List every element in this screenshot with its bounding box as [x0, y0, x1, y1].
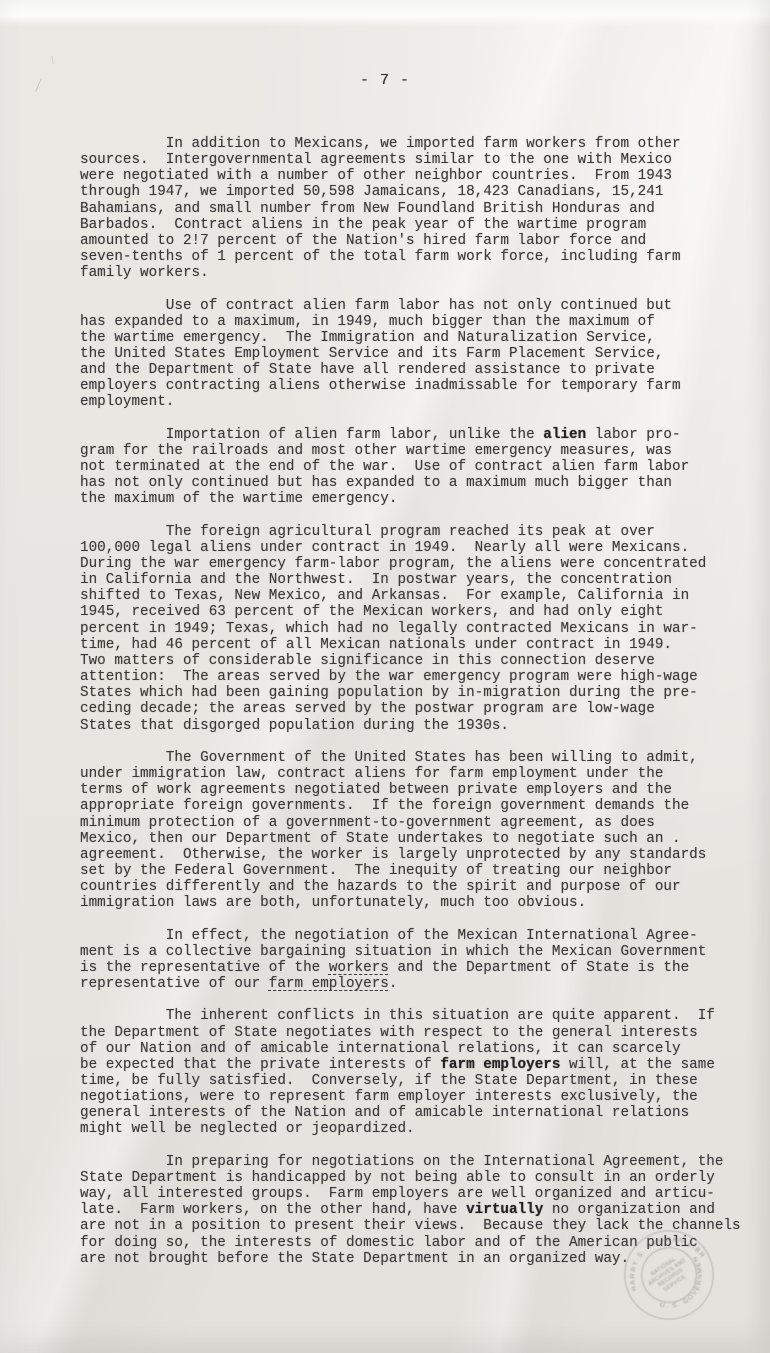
text-line: immigration laws are both, unfortunately… [80, 895, 740, 911]
text-run: family workers. [80, 265, 209, 281]
text-line: might well be neglected or jeopardized. [80, 1121, 740, 1137]
text-line: general interests of the Nation and of a… [80, 1105, 740, 1121]
text-run: employers contracting aliens otherwise i… [80, 378, 681, 394]
text-line: the maximum of the wartime emergency. [80, 491, 740, 507]
paragraph: In effect, the negotiation of the Mexica… [80, 928, 740, 993]
text-run: not terminated at the end of the war. Us… [80, 459, 689, 475]
text-line: countries differently and the hazards to… [80, 879, 740, 895]
text-line: employment. [80, 394, 740, 410]
text-run: The inherent conflicts in this situation… [80, 1008, 715, 1024]
text-run: amounted to 2!7 percent of the Nation's … [80, 233, 646, 249]
text-line: seven-tenths of 1 percent of the total f… [80, 249, 740, 265]
text-line: States that disgorged population during … [80, 718, 740, 734]
text-run: Mexico, then our Department of State und… [80, 831, 681, 847]
text-run: . [389, 976, 398, 992]
text-line: During the war emergency farm-labor prog… [80, 556, 740, 572]
text-run: terms of work agreements negotiated betw… [80, 782, 672, 798]
pencil-mark [51, 56, 53, 64]
text-run: Barbados. Contract aliens in the peak ye… [80, 217, 646, 233]
text-line: late. Farm workers, on the other hand, h… [80, 1202, 740, 1218]
text-run: Two matters of considerable significance… [80, 653, 655, 669]
text-line: In effect, the negotiation of the Mexica… [80, 928, 740, 944]
text-run: countries differently and the hazards to… [80, 879, 681, 895]
document-body: In addition to Mexicans, we imported far… [80, 136, 740, 1283]
text-run: are not in a position to present their v… [80, 1218, 741, 1234]
text-line: Mexico, then our Department of State und… [80, 831, 740, 847]
text-run: ment is a collective bargaining situatio… [80, 944, 706, 960]
text-line: negotiations, were to represent farm emp… [80, 1089, 740, 1105]
text-run: will, at the same [560, 1057, 714, 1073]
text-line: and the Department of State have all ren… [80, 362, 740, 378]
text-line: 100,000 legal aliens under contract in 1… [80, 540, 740, 556]
text-run: the wartime emergency. The Immigration a… [80, 330, 655, 346]
text-run: has expanded to a maximum, in 1949, much… [80, 314, 655, 330]
paragraph: In addition to Mexicans, we imported far… [80, 136, 740, 281]
text-line: not terminated at the end of the war. Us… [80, 459, 740, 475]
text-run: minimum protection of a government-to-go… [80, 815, 655, 831]
text-run: 1945, received 63 percent of the Mexican… [80, 604, 663, 620]
underlined-text: workers [329, 960, 389, 976]
text-line: is the representative of the workers and… [80, 960, 740, 976]
text-run: might well be neglected or jeopardized. [80, 1121, 415, 1137]
text-line: time, had 46 percent of all Mexican nati… [80, 637, 740, 653]
text-run: agreement. Otherwise, the worker is larg… [80, 847, 706, 863]
text-run: In addition to Mexicans, we imported far… [80, 136, 681, 152]
text-run: The foreign agricultural program reached… [80, 524, 655, 540]
text-run: is the representative of the [80, 960, 329, 976]
text-line: be expected that the private interests o… [80, 1057, 740, 1073]
text-run: and the Department of State is the [389, 960, 689, 976]
page-number: - 7 - [0, 72, 770, 89]
text-line: the Department of State negotiates with … [80, 1025, 740, 1041]
text-line: minimum protection of a government-to-go… [80, 815, 740, 831]
text-line: has expanded to a maximum, in 1949, much… [80, 314, 740, 330]
text-line: are not in a position to present their v… [80, 1218, 740, 1234]
text-line: The inherent conflicts in this situation… [80, 1008, 740, 1024]
text-line: Use of contract alien farm labor has not… [80, 298, 740, 314]
text-line: time, be fully satisfied. Conversely, if… [80, 1073, 740, 1089]
text-line: Bahamians, and small number from New Fou… [80, 201, 740, 217]
text-run: Use of contract alien farm labor has not… [80, 298, 672, 314]
text-run: set by the Federal Government. The inequ… [80, 863, 672, 879]
text-line: under immigration law, contract aliens f… [80, 766, 740, 782]
text-run: ceding decade; the areas served by the p… [80, 701, 655, 717]
text-run: sources. Intergovernmental agreements si… [80, 152, 672, 168]
text-run: seven-tenths of 1 percent of the total f… [80, 249, 681, 265]
text-run: labor pro- [586, 427, 680, 443]
text-run: no organization and [543, 1202, 715, 1218]
text-line: Barbados. Contract aliens in the peak ye… [80, 217, 740, 233]
text-line: attention: The areas served by the war e… [80, 669, 740, 685]
text-line: Importation of alien farm labor, unlike … [80, 427, 740, 443]
text-run: of our Nation and of amicable internatio… [80, 1041, 681, 1057]
text-line: ment is a collective bargaining situatio… [80, 944, 740, 960]
text-line: terms of work agreements negotiated betw… [80, 782, 740, 798]
text-line: In preparing for negotiations on the Int… [80, 1154, 740, 1170]
text-line: States which had been gaining population… [80, 685, 740, 701]
text-run: were negotiated with a number of other n… [80, 168, 672, 184]
text-line: family workers. [80, 265, 740, 281]
text-line: the United States Employment Service and… [80, 346, 740, 362]
text-line: set by the Federal Government. The inequ… [80, 863, 740, 879]
text-run: in California and the Northwest. In post… [80, 572, 672, 588]
text-run: Importation of alien farm labor, unlike … [80, 427, 543, 443]
text-run: the maximum of the wartime emergency. [80, 491, 397, 507]
text-line: employers contracting aliens otherwise i… [80, 378, 740, 394]
text-line: appropriate foreign governments. If the … [80, 798, 740, 814]
text-line: of our Nation and of amicable internatio… [80, 1041, 740, 1057]
text-run: and the Department of State have all ren… [80, 362, 655, 378]
text-line: 1945, received 63 percent of the Mexican… [80, 604, 740, 620]
text-run: representative of our [80, 976, 269, 992]
text-run: be expected that the private interests o… [80, 1057, 440, 1073]
emphasized-text: virtually [466, 1202, 543, 1218]
text-run: has not only continued but has expanded … [80, 475, 672, 491]
text-run: In effect, the negotiation of the Mexica… [80, 928, 698, 944]
document-page: - 7 - In addition to Mexicans, we import… [0, 0, 770, 1353]
text-run: gram for the railroads and most other wa… [80, 443, 672, 459]
text-line: The foreign agricultural program reached… [80, 524, 740, 540]
text-run: negotiations, were to represent farm emp… [80, 1089, 698, 1105]
text-line: has not only continued but has expanded … [80, 475, 740, 491]
text-line: gram for the railroads and most other wa… [80, 443, 740, 459]
text-run: employment. [80, 394, 174, 410]
text-line: Two matters of considerable significance… [80, 653, 740, 669]
emphasized-text: alien [543, 427, 586, 443]
text-run: Bahamians, and small number from New Fou… [80, 201, 655, 217]
text-run: under immigration law, contract aliens f… [80, 766, 663, 782]
text-line: sources. Intergovernmental agreements si… [80, 152, 740, 168]
text-run: late. Farm workers, on the other hand, h… [80, 1202, 466, 1218]
text-line: representative of our farm employers. [80, 976, 740, 992]
text-line: percent in 1949; Texas, which had no leg… [80, 621, 740, 637]
text-line: shifted to Texas, New Mexico, and Arkans… [80, 588, 740, 604]
text-line: State Department is handicapped by not b… [80, 1170, 740, 1186]
text-line: way, all interested groups. Farm employe… [80, 1186, 740, 1202]
text-line: were negotiated with a number of other n… [80, 168, 740, 184]
underlined-text: farm employers [269, 976, 389, 992]
text-line: agreement. Otherwise, the worker is larg… [80, 847, 740, 863]
text-run: are not brought before the State Departm… [80, 1251, 629, 1267]
text-line: through 1947, we imported 50,598 Jamaica… [80, 184, 740, 200]
text-run: shifted to Texas, New Mexico, and Arkans… [80, 588, 689, 604]
text-run: through 1947, we imported 50,598 Jamaica… [80, 184, 663, 200]
text-run: time, be fully satisfied. Conversely, if… [80, 1073, 698, 1089]
text-run: way, all interested groups. Farm employe… [80, 1186, 715, 1202]
text-line: ceding decade; the areas served by the p… [80, 701, 740, 717]
text-run: appropriate foreign governments. If the … [80, 798, 689, 814]
text-run: States that disgorged population during … [80, 718, 509, 734]
text-run: percent in 1949; Texas, which had no leg… [80, 621, 698, 637]
text-run: During the war emergency farm-labor prog… [80, 556, 706, 572]
text-line: The Government of the United States has … [80, 750, 740, 766]
text-run: general interests of the Nation and of a… [80, 1105, 689, 1121]
text-run: 100,000 legal aliens under contract in 1… [80, 540, 689, 556]
paragraph: The Government of the United States has … [80, 750, 740, 912]
text-line: the wartime emergency. The Immigration a… [80, 330, 740, 346]
text-run: attention: The areas served by the war e… [80, 669, 698, 685]
text-run: the Department of State negotiates with … [80, 1025, 698, 1041]
text-run: In preparing for negotiations on the Int… [80, 1154, 723, 1170]
text-run: immigration laws are both, unfortunately… [80, 895, 586, 911]
text-line: In addition to Mexicans, we imported far… [80, 136, 740, 152]
paragraph: Use of contract alien farm labor has not… [80, 298, 740, 411]
text-run: States which had been gaining population… [80, 685, 698, 701]
text-run: for doing so, the interests of domestic … [80, 1235, 698, 1251]
text-run: State Department is handicapped by not b… [80, 1170, 715, 1186]
text-run: The Government of the United States has … [80, 750, 698, 766]
paragraph: The foreign agricultural program reached… [80, 524, 740, 734]
text-run: the United States Employment Service and… [80, 346, 663, 362]
paragraph: The inherent conflicts in this situation… [80, 1008, 740, 1137]
text-run: time, had 46 percent of all Mexican nati… [80, 637, 672, 653]
text-line: in California and the Northwest. In post… [80, 572, 740, 588]
paragraph: Importation of alien farm labor, unlike … [80, 427, 740, 508]
text-line: amounted to 2!7 percent of the Nation's … [80, 233, 740, 249]
emphasized-text: farm employers [440, 1057, 560, 1073]
